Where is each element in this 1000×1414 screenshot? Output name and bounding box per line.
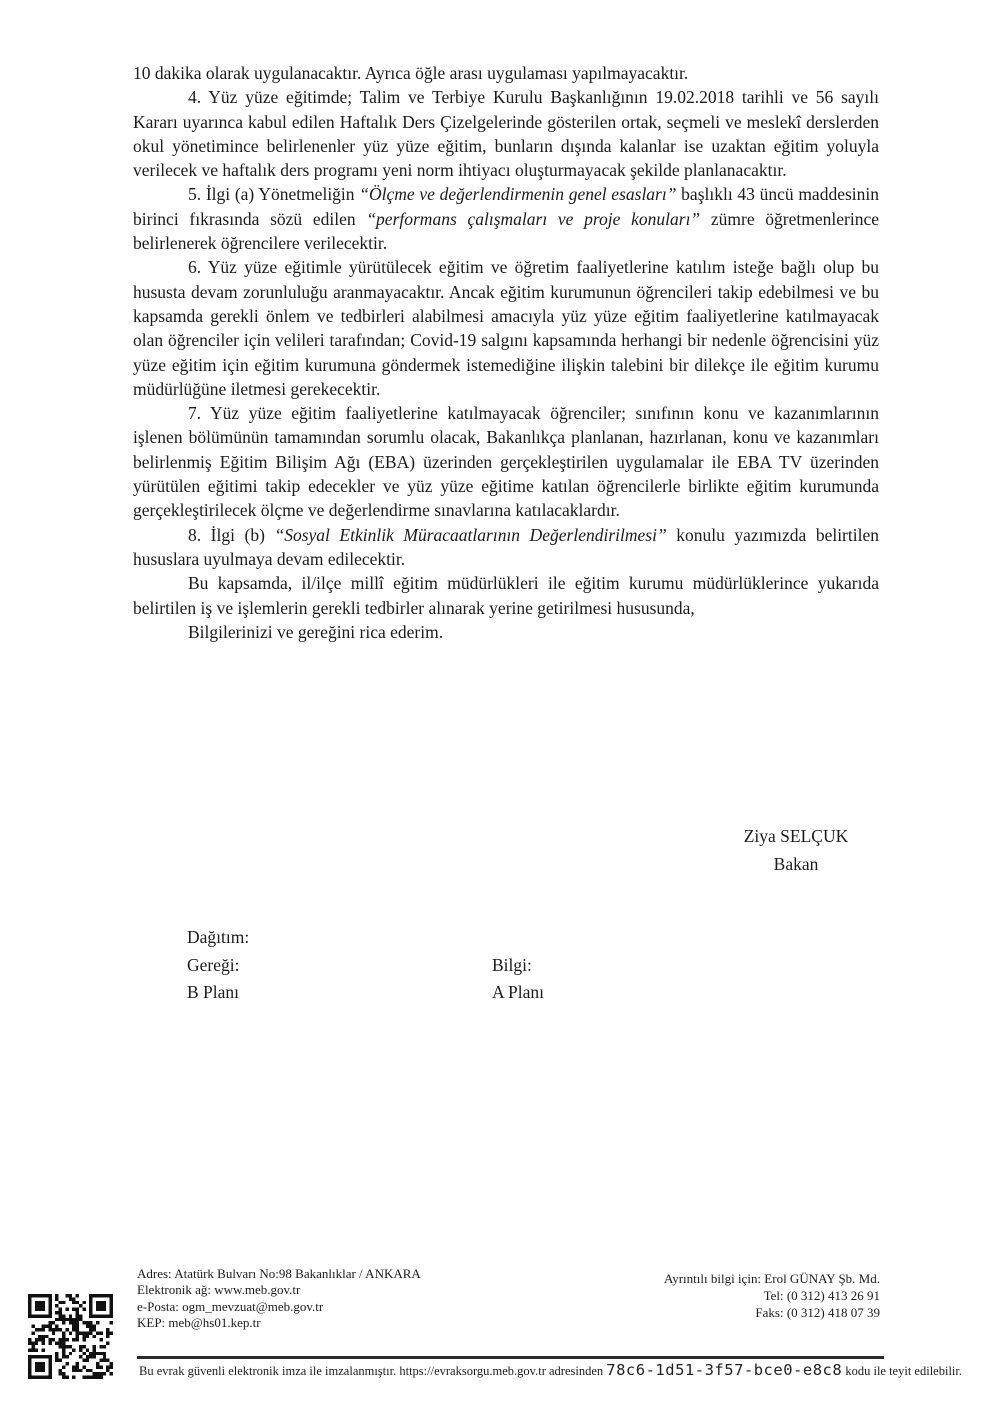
verification-suffix: kodu ile teyit edilebilir. [842,1364,962,1378]
footer-contact-block: Ayrıntılı bilgi için: Erol GÜNAY Şb. Md.… [664,1270,880,1321]
signatory-title: Bakan [640,850,952,878]
signature-block: Ziya SELÇUK Bakan [640,822,952,878]
paragraph: 10 dakika olarak uygulanacaktır. Ayrıca … [133,61,879,85]
paragraph: 5. İlgi (a) Yönetmeliğin “Ölçme ve değer… [133,182,879,255]
paragraph: 8. İlgi (b) “Sosyal Etkinlik Müracaatlar… [133,523,879,572]
paragraph: 4. Yüz yüze eğitimde; Talim ve Terbiye K… [133,85,879,182]
footer-address-block: Adres: Atatürk Bulvarı No:98 Bakanlıklar… [137,1266,421,1331]
footer-line: KEP: meb@hs01.kep.tr [137,1315,421,1331]
paragraph: 7. Yüz yüze eğitim faaliyetlerine katılm… [133,401,879,522]
footer-line: Elektronik ağ: www.meb.gov.tr [137,1282,421,1298]
footer-line: Tel: (0 312) 413 26 91 [664,1287,880,1304]
distribution-left-label: Gereği: [187,955,239,975]
qr-code [28,1294,113,1379]
distribution-heading: Dağıtım: [187,927,249,947]
document-page: 10 dakika olarak uygulanacaktır. Ayrıca … [0,0,1000,1414]
distribution-left-value: B Planı [187,982,239,1002]
paragraph: Bu kapsamda, il/ilçe millî eğitim müdürl… [133,571,879,620]
footer-line: Faks: (0 312) 418 07 39 [664,1304,880,1321]
verification-prefix: Bu evrak güvenli elektronik imza ile imz… [139,1364,606,1378]
verification-line: Bu evrak güvenli elektronik imza ile imz… [139,1361,885,1379]
verification-code: 78c6-1d51-3f57-bce0-e8c8 [606,1361,842,1379]
footer-line: e-Posta: ogm_mevzuat@meb.gov.tr [137,1299,421,1315]
footer-line: Ayrıntılı bilgi için: Erol GÜNAY Şb. Md. [664,1270,880,1287]
signatory-name: Ziya SELÇUK [640,822,952,850]
paragraph: Bilgilerinizi ve gereğini rica ederim. [133,620,879,644]
distribution-block: Dağıtım: Gereği: Bilgi: B Planı A Planı [187,924,687,1007]
distribution-right-label: Bilgi: [492,952,532,980]
distribution-right-value: A Planı [492,979,544,1007]
footer-divider [137,1356,884,1359]
document-body: 10 dakika olarak uygulanacaktır. Ayrıca … [133,61,879,644]
footer-line: Adres: Atatürk Bulvarı No:98 Bakanlıklar… [137,1266,421,1282]
paragraph: 6. Yüz yüze eğitimle yürütülecek eğitim … [133,255,879,401]
